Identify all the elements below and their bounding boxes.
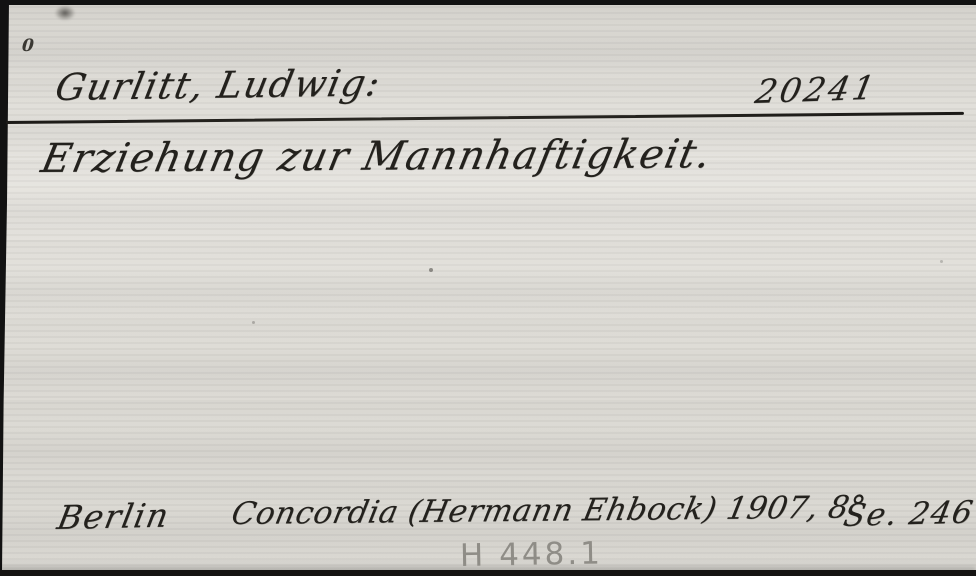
scan-edge-left [0, 0, 9, 576]
heading-rule-line [6, 112, 964, 124]
imprint-publisher-year-format: Concordia (Hermann Ehbock) 1907, 8° [228, 489, 868, 532]
author-name: Gurlitt, Ludwig: [52, 61, 385, 109]
imprint-place: Berlin [54, 496, 173, 537]
imprint-pages: Se. 246 [841, 495, 976, 534]
catalog-card-scan: 0 Gurlitt, Ludwig: 20241 Erziehung zur M… [0, 0, 976, 576]
scan-edge-top [0, 0, 976, 5]
ink-smudge [50, 2, 80, 24]
catalog-number: 20241 [752, 68, 881, 111]
pencil-shelfmark: H 448.1 [460, 536, 604, 574]
paper-speck [429, 268, 433, 272]
corner-mark: 0 [21, 36, 34, 56]
book-title: Erziehung zur Mannhaftigkeit. [37, 131, 716, 182]
paper-speck [252, 321, 255, 324]
paper-speck [940, 260, 943, 263]
